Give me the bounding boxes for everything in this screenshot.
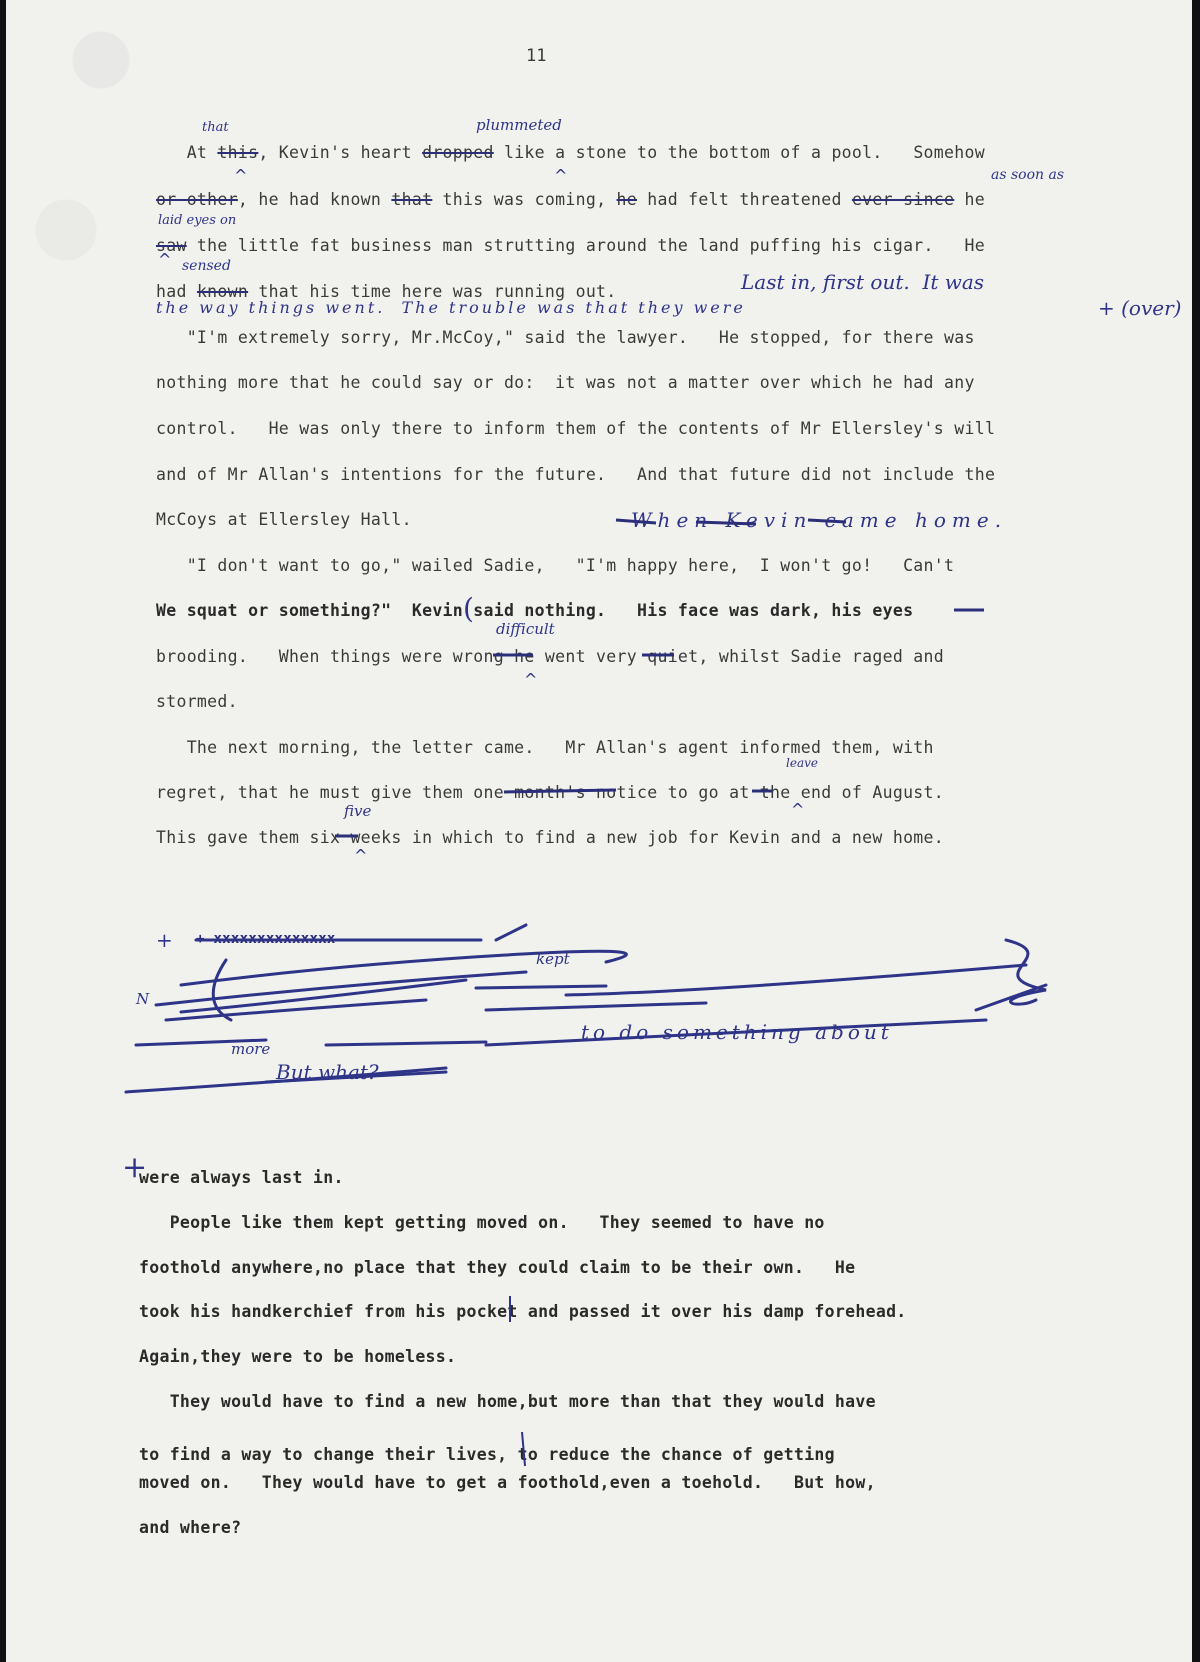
- typed-line-p5-4: took his handkerchief from his pocket an…: [139, 1302, 907, 1321]
- crossed-out-n: N: [136, 990, 149, 1008]
- typed-line-p5-7: to find a way to change their lives, to …: [139, 1445, 835, 1464]
- insertion-when-kevin-came-home: When Kevin came home.: [631, 508, 1007, 532]
- typed-line-p4-2: regret, that he must give them one month…: [156, 783, 944, 802]
- typed-line-p5-5: Again,they were to be homeless.: [139, 1347, 456, 1366]
- typed-line-p5-1: were always last in.: [139, 1168, 344, 1187]
- typed-line-p3-4: stormed.: [156, 692, 238, 711]
- typed-line-p5-3: foothold anywhere,no place that they cou…: [139, 1258, 855, 1277]
- typed-line-p1-1: At this, Kevin's heart dropped like a st…: [156, 143, 985, 162]
- typed-line-p2-3: control. He was only there to inform the…: [156, 419, 995, 438]
- crossed-out-thought: more: [231, 1040, 270, 1058]
- caret-mark: ^: [554, 166, 567, 185]
- insertion-mark-plus: +: [156, 928, 173, 952]
- insertion-that: that: [202, 120, 229, 135]
- crossed-out-typed-text: + xxxxxxxxxxxxxx: [196, 931, 336, 947]
- insertion-plummeted: plummeted: [476, 116, 562, 134]
- typed-line-p4-3: This gave them six weeks in which to fin…: [156, 828, 944, 847]
- crossed-out-to-do-something: to do something about: [581, 1020, 893, 1044]
- insertion-leave: leave: [786, 756, 818, 770]
- insertion-five: five: [344, 802, 371, 820]
- crossed-out-kept: kept: [536, 950, 570, 968]
- typed-line-p2-1: "I'm extremely sorry, Mr.McCoy," said th…: [156, 328, 975, 347]
- typed-line-p3-3: brooding. When things were wrong he went…: [156, 647, 944, 666]
- insertion-sensed: sensed: [182, 258, 231, 274]
- typed-line-p5-6: They would have to find a new home,but m…: [139, 1392, 876, 1411]
- typed-line-p1-3: saw the little fat business man struttin…: [156, 236, 985, 255]
- typed-line-p2-2: nothing more that he could say or do: it…: [156, 373, 975, 392]
- margin-note-over: + (over): [1098, 296, 1181, 320]
- paragraph-mark: (: [463, 592, 474, 625]
- typed-line-p5-8: moved on. They would have to get a footh…: [139, 1473, 876, 1492]
- typed-line-p3-1: "I don't want to go," wailed Sadie, "I'm…: [156, 556, 954, 575]
- insertion-as-soon-as: as soon as: [991, 167, 1064, 183]
- typed-line-p5-9: and where?: [139, 1518, 241, 1537]
- typed-line-p4-1: The next morning, the letter came. Mr Al…: [156, 738, 934, 757]
- insertion-laid-eyes-on: laid eyes on: [158, 213, 236, 228]
- caret-mark: ^: [791, 800, 804, 819]
- typed-line-p2-5: McCoys at Ellersley Hall.: [156, 510, 412, 529]
- manuscript-page: 11 that plummeted At this, Kevin's heart…: [6, 0, 1192, 1662]
- typed-line-p3-2: We squat or something?" Kevin said nothi…: [156, 601, 913, 620]
- crossed-out-but-what: But what?: [276, 1060, 379, 1084]
- caret-mark: ^: [234, 166, 247, 185]
- margin-note-trouble: the way things went. The trouble was tha…: [156, 298, 746, 317]
- typed-line-p1-2: or other, he had known that this was com…: [156, 190, 985, 209]
- typed-line-p5-2: People like them kept getting moved on. …: [139, 1213, 825, 1232]
- page-number: 11: [526, 46, 546, 66]
- margin-note-last-in-first-out: Last in, first out. It was: [741, 270, 984, 294]
- caret-mark: ^: [158, 250, 171, 269]
- caret-mark: ^: [524, 670, 537, 689]
- caret-mark: ^: [354, 846, 367, 865]
- insertion-difficult: difficult: [496, 620, 555, 638]
- typed-line-p2-4: and of Mr Allan's intentions for the fut…: [156, 465, 995, 484]
